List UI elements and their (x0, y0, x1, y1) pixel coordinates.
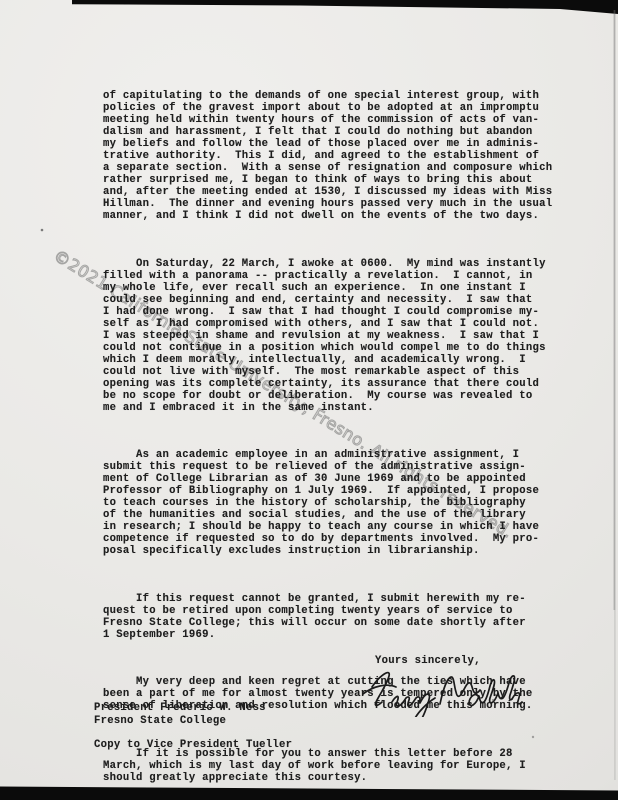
signature-ink (356, 663, 526, 717)
letter-paragraph: If this request cannot be granted, I sub… (103, 593, 552, 641)
letter-paragraph: If it is possible for you to answer this… (103, 748, 552, 784)
letter-paragraph: of capitulating to the demands of one sp… (103, 90, 552, 222)
letter-paragraph: On Saturday, 22 March, I awoke at 0600. … (103, 258, 552, 414)
recipient-block: President Frederic W. Ness Fresno State … (94, 702, 266, 727)
signature (356, 663, 526, 717)
scanned-letter-page: ©2021 California State University, Fresn… (0, 0, 618, 800)
letter-paragraph: As an academic employee in an administra… (103, 449, 552, 557)
copy-notation: Copy to Vice President Tueller (94, 739, 292, 752)
